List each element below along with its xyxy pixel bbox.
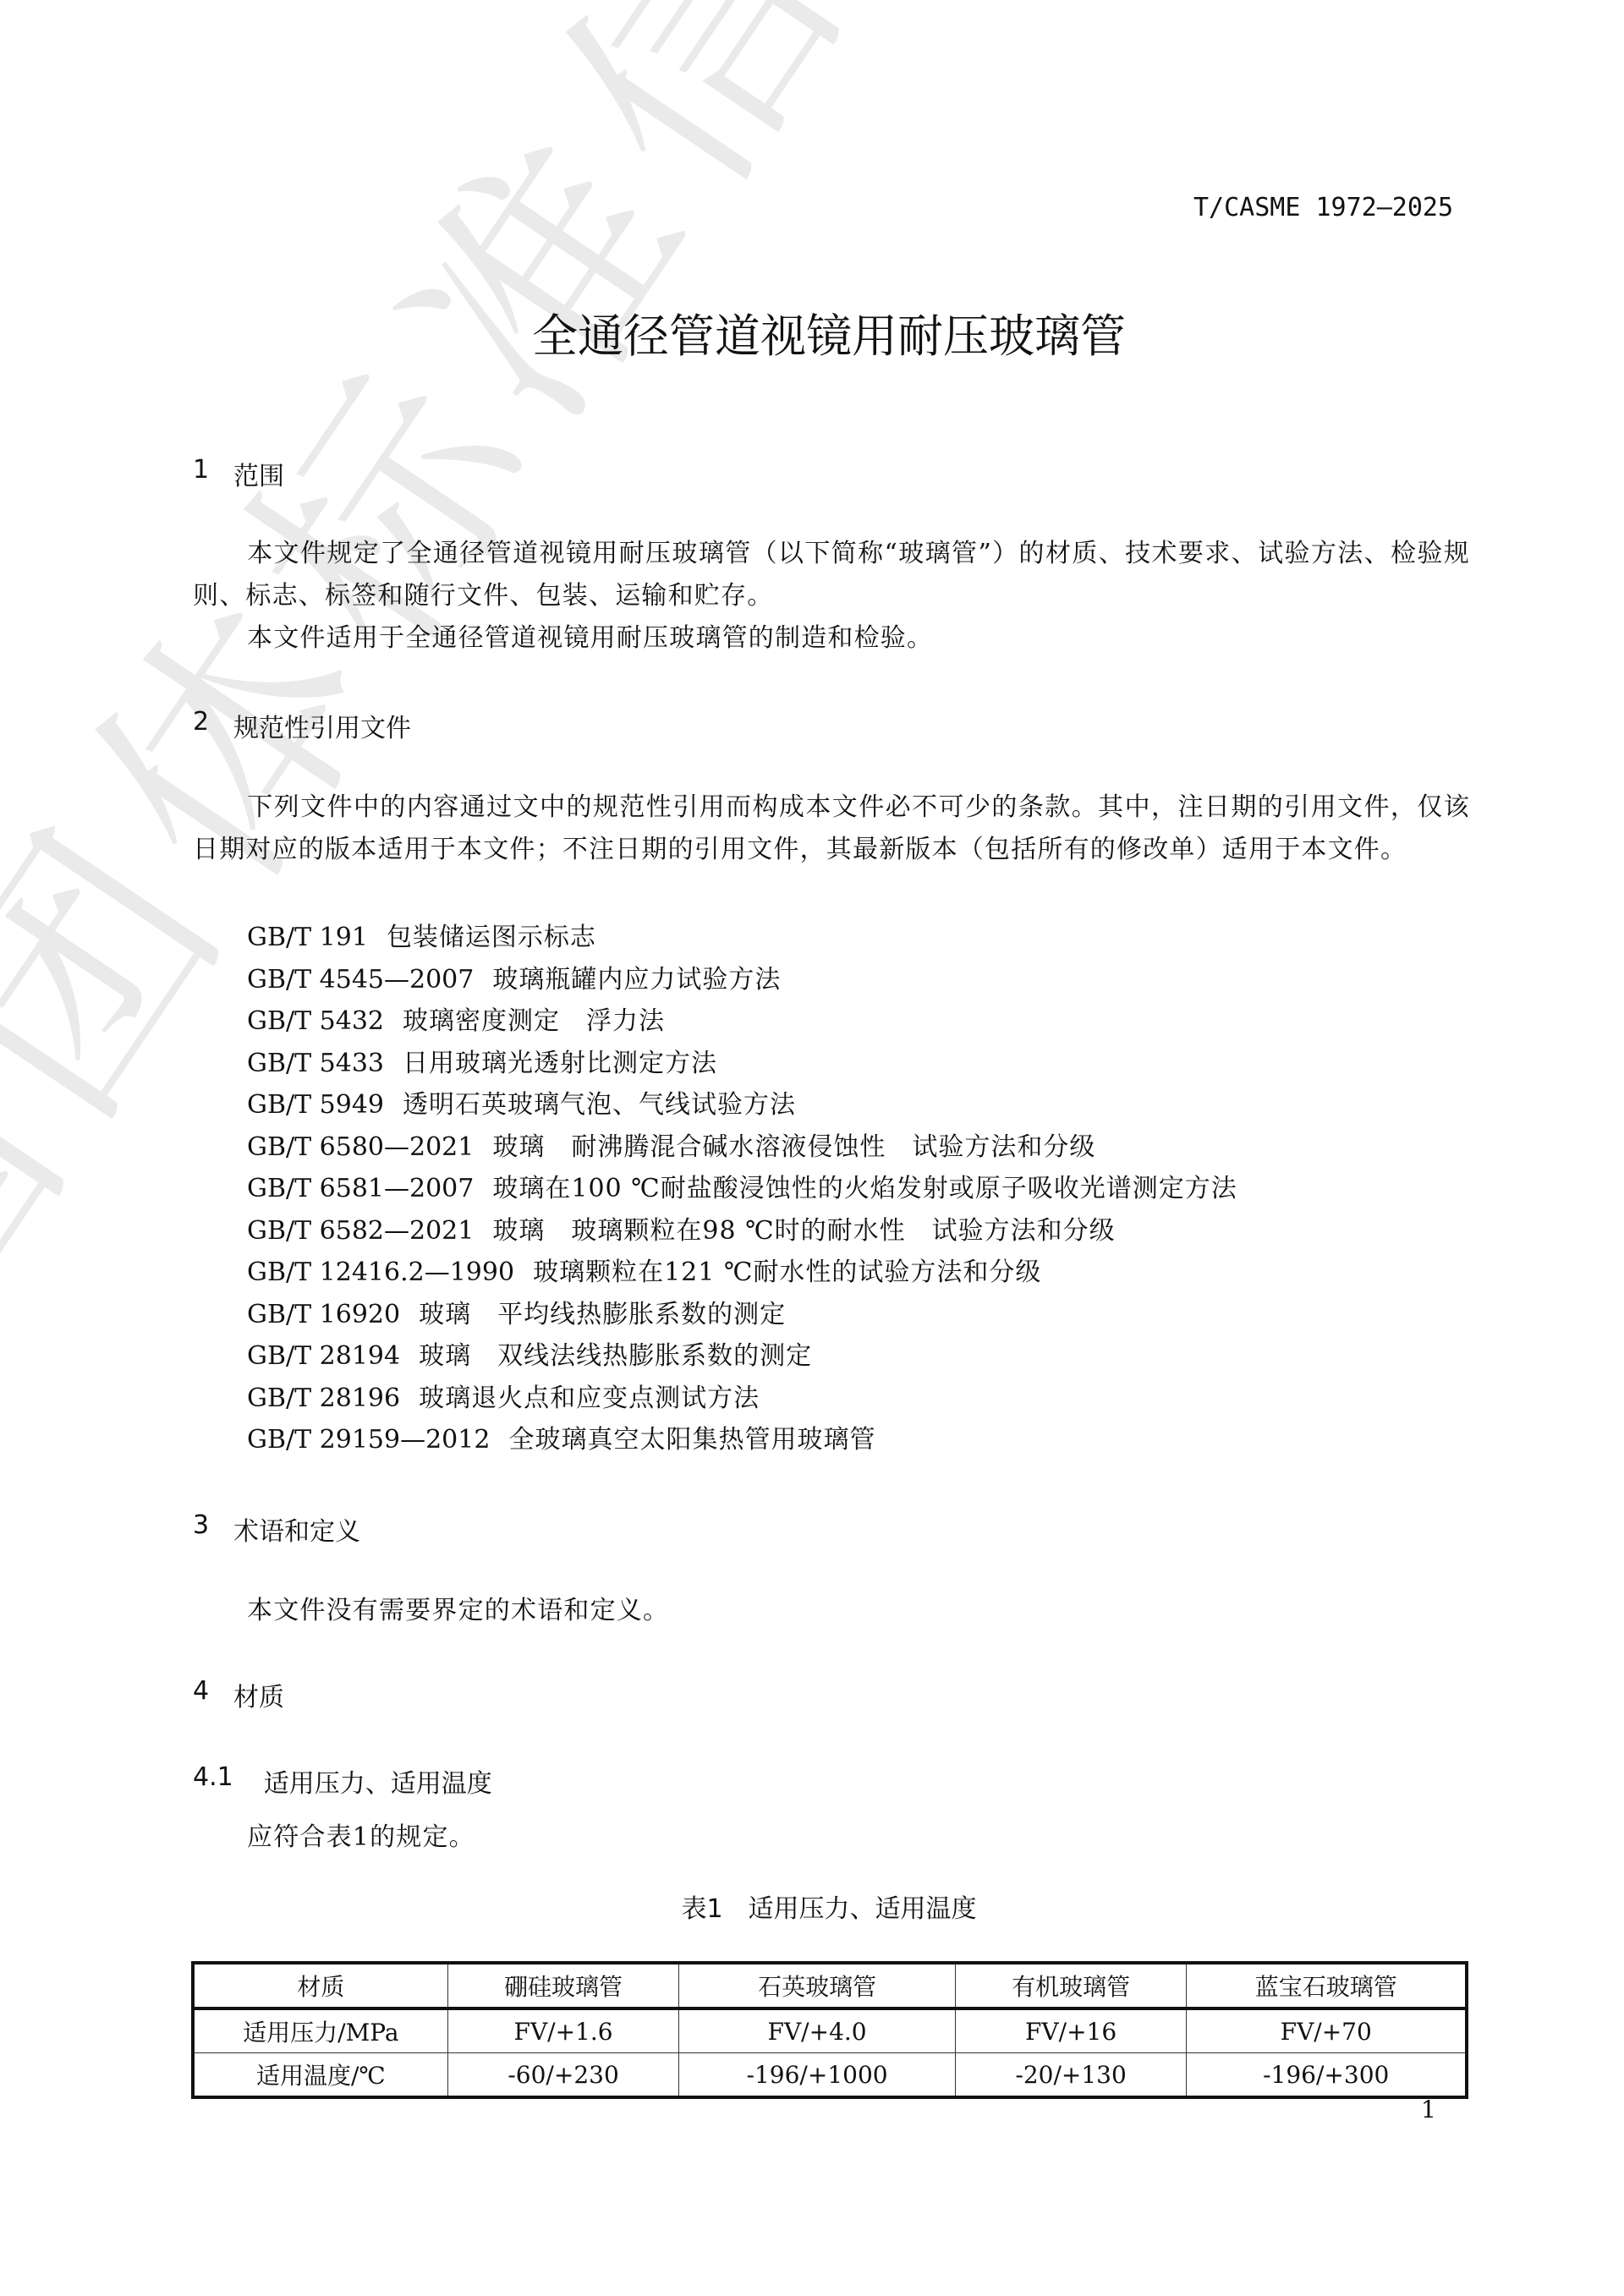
normative-references-list: GB/T 191包装储运图示标志 GB/T 4545—2007玻璃瓶罐内应力试验… <box>247 917 1237 1461</box>
reference-item: GB/T 5433日用玻璃光透射比测定方法 <box>247 1043 1237 1085</box>
section-4-1-heading: 4.1 适用压力、适用温度 <box>193 1762 492 1800</box>
table-row: 适用温度/℃ -60/+230 -196/+1000 -20/+130 -196… <box>193 2053 1467 2098</box>
table-header-cell: 蓝宝石玻璃管 <box>1187 1963 1467 2008</box>
section-2-paragraph-1: 下列文件中的内容通过文中的规范性引用而构成本文件必不可少的条款。其中，注日期的引… <box>193 786 1470 871</box>
section-3-paragraph-1: 本文件没有需要界定的术语和定义。 <box>193 1590 1470 1632</box>
reference-code: GB/T 6580—2021 <box>247 1126 474 1169</box>
document-code: T/CASME 1972—2025 <box>1193 193 1453 222</box>
reference-item: GB/T 29159—2012全玻璃真空太阳集热管用玻璃管 <box>247 1419 1237 1461</box>
reference-item: GB/T 5432玻璃密度测定 浮力法 <box>247 1000 1237 1043</box>
subsection-number: 4.1 <box>193 1762 233 1800</box>
table-cell: FV/+16 <box>955 2008 1187 2053</box>
reference-code: GB/T 28196 <box>247 1378 400 1420</box>
section-1-paragraph-2: 本文件适用于全通径管道视镜用耐压玻璃管的制造和检验。 <box>193 617 1470 660</box>
table-header-cell: 材质 <box>193 1963 447 2008</box>
section-2-heading: 2 规范性引用文件 <box>193 707 411 744</box>
reference-title: 玻璃 双线法线热膨胀系数的测定 <box>419 1341 812 1371</box>
reference-code: GB/T 6581—2007 <box>247 1168 474 1210</box>
reference-title: 玻璃 玻璃颗粒在98 ℃时的耐水性 试验方法和分级 <box>492 1216 1115 1246</box>
reference-code: GB/T 16920 <box>247 1294 400 1336</box>
reference-title: 全玻璃真空太阳集热管用玻璃管 <box>508 1425 875 1455</box>
reference-item: GB/T 6582—2021玻璃 玻璃颗粒在98 ℃时的耐水性 试验方法和分级 <box>247 1210 1237 1252</box>
section-number: 1 <box>193 455 210 492</box>
reference-title: 玻璃 平均线热膨胀系数的测定 <box>419 1300 786 1329</box>
reference-item: GB/T 5949透明石英玻璃气泡、气线试验方法 <box>247 1084 1237 1126</box>
subsection-title: 适用压力、适用温度 <box>264 1762 492 1800</box>
reference-item: GB/T 6580—2021玻璃 耐沸腾混合碱水溶液侵蚀性 试验方法和分级 <box>247 1126 1237 1169</box>
section-number: 4 <box>193 1676 210 1713</box>
section-number: 2 <box>193 707 210 744</box>
section-1-heading: 1 范围 <box>193 455 284 492</box>
table-row: 适用压力/MPa FV/+1.6 FV/+4.0 FV/+16 FV/+70 <box>193 2008 1467 2053</box>
table-cell: 适用温度/℃ <box>193 2053 447 2098</box>
table-caption: 表1 适用压力、适用温度 <box>0 1888 1624 1925</box>
document-page: 全国团体标准信息平台 T/CASME 1972—2025 全通径管道视镜用耐压玻… <box>0 0 1624 2296</box>
reference-title: 玻璃瓶罐内应力试验方法 <box>492 965 781 995</box>
reference-code: GB/T 28194 <box>247 1335 400 1378</box>
reference-code: GB/T 4545—2007 <box>247 959 474 1001</box>
table-cell: -20/+130 <box>955 2053 1187 2098</box>
document-title: 全通径管道视镜用耐压玻璃管 <box>0 300 1624 365</box>
reference-item: GB/T 12416.2—1990玻璃颗粒在121 ℃耐水性的试验方法和分级 <box>247 1252 1237 1294</box>
table-header-cell: 硼硅玻璃管 <box>447 1963 679 2008</box>
reference-title: 日用玻璃光透射比测定方法 <box>403 1049 717 1078</box>
reference-title: 玻璃退火点和应变点测试方法 <box>419 1384 760 1413</box>
table-cell: -196/+1000 <box>679 2053 955 2098</box>
reference-title: 玻璃在100 ℃耐盐酸浸蚀性的火焰发射或原子吸收光谱测定方法 <box>492 1174 1237 1203</box>
table-cell: -196/+300 <box>1187 2053 1467 2098</box>
reference-code: GB/T 5949 <box>247 1084 384 1126</box>
table-header-cell: 有机玻璃管 <box>955 1963 1187 2008</box>
reference-item: GB/T 4545—2007玻璃瓶罐内应力试验方法 <box>247 959 1237 1001</box>
reference-code: GB/T 6582—2021 <box>247 1210 474 1252</box>
reference-code: GB/T 29159—2012 <box>247 1419 490 1461</box>
table-header-cell: 石英玻璃管 <box>679 1963 955 2008</box>
page-number: 1 <box>1421 2096 1436 2123</box>
table-header-row: 材质 硼硅玻璃管 石英玻璃管 有机玻璃管 蓝宝石玻璃管 <box>193 1963 1467 2008</box>
section-1-paragraph-1: 本文件规定了全通径管道视镜用耐压玻璃管（以下简称“玻璃管”）的材质、技术要求、试… <box>193 533 1470 617</box>
section-title: 材质 <box>233 1676 284 1713</box>
section-title: 规范性引用文件 <box>233 707 411 744</box>
pressure-temperature-table: 材质 硼硅玻璃管 石英玻璃管 有机玻璃管 蓝宝石玻璃管 适用压力/MPa FV/… <box>191 1961 1468 2099</box>
table-cell: -60/+230 <box>447 2053 679 2098</box>
table-cell: FV/+70 <box>1187 2008 1467 2053</box>
section-title: 范围 <box>233 455 284 492</box>
table-cell: FV/+4.0 <box>679 2008 955 2053</box>
section-4-1-paragraph-1: 应符合表1的规定。 <box>193 1817 1470 1859</box>
reference-title: 透明石英玻璃气泡、气线试验方法 <box>403 1090 796 1120</box>
section-title: 术语和定义 <box>233 1510 360 1548</box>
reference-code: GB/T 12416.2—1990 <box>247 1252 514 1294</box>
reference-item: GB/T 16920玻璃 平均线热膨胀系数的测定 <box>247 1294 1237 1336</box>
table-cell: FV/+1.6 <box>447 2008 679 2053</box>
reference-code: GB/T 5433 <box>247 1043 384 1085</box>
section-4-heading: 4 材质 <box>193 1676 284 1713</box>
reference-title: 包装储运图示标志 <box>387 923 596 952</box>
reference-code: GB/T 5432 <box>247 1000 384 1043</box>
reference-item: GB/T 28196玻璃退火点和应变点测试方法 <box>247 1378 1237 1420</box>
section-number: 3 <box>193 1510 210 1548</box>
reference-title: 玻璃密度测定 浮力法 <box>403 1006 665 1036</box>
table-cell: 适用压力/MPa <box>193 2008 447 2053</box>
reference-code: GB/T 191 <box>247 917 368 959</box>
reference-title: 玻璃 耐沸腾混合碱水溶液侵蚀性 试验方法和分级 <box>492 1132 1095 1162</box>
section-3-heading: 3 术语和定义 <box>193 1510 360 1548</box>
reference-item: GB/T 6581—2007玻璃在100 ℃耐盐酸浸蚀性的火焰发射或原子吸收光谱… <box>247 1168 1237 1210</box>
reference-item: GB/T 191包装储运图示标志 <box>247 917 1237 959</box>
reference-title: 玻璃颗粒在121 ℃耐水性的试验方法和分级 <box>533 1258 1041 1287</box>
reference-item: GB/T 28194玻璃 双线法线热膨胀系数的测定 <box>247 1335 1237 1378</box>
